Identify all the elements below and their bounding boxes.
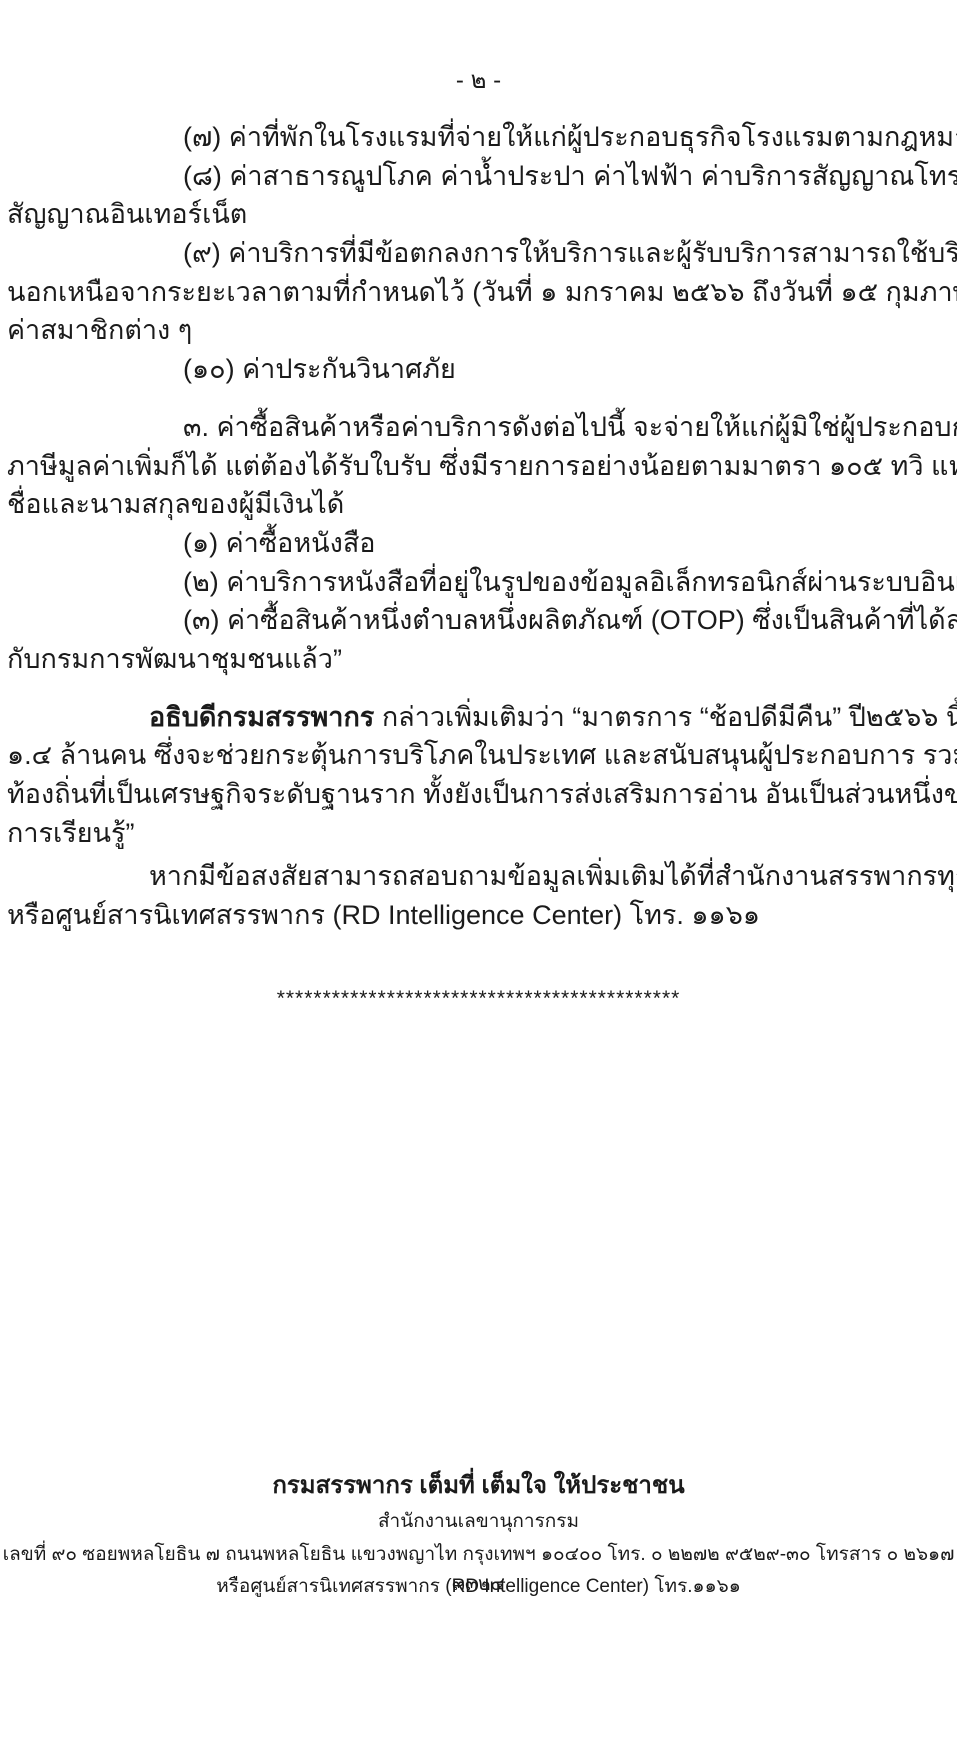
body-line: ๑.๔ ล้านคน ซึ่งจะช่วยกระตุ้นการบริโภคในป… (7, 736, 951, 775)
body-line: ภาษีมูลค่าเพิ่มก็ได้ แต่ต้องได้รับใบรับ … (7, 447, 951, 486)
document-body: (๗) ค่าที่พักในโรงแรมที่จ่ายให้แก่ผู้ประ… (0, 118, 957, 935)
body-line: สัญญาณอินเทอร์เน็ต (7, 195, 951, 234)
body-line: หากมีข้อสงสัยสามารถสอบถามข้อมูลเพิ่มเติม… (7, 857, 951, 896)
body-line: การเรียนรู้” (7, 814, 951, 853)
document-page: - ๒ - (๗) ค่าที่พักในโรงแรมที่จ่ายให้แก่… (0, 0, 957, 1754)
body-line: ชื่อและนามสกุลของผู้มีเงินได้ (7, 485, 951, 524)
body-line: หรือศูนย์สารนิเทศสรรพากร (RD Intelligenc… (7, 896, 951, 935)
body-line: (๗) ค่าที่พักในโรงแรมที่จ่ายให้แก่ผู้ประ… (7, 118, 951, 157)
footer-address: เลขที่ ๙๐ ซอยพหลโยธิน ๗ ถนนพหลโยธิน แขวง… (0, 1540, 957, 1570)
document-footer: กรมสรรพากร เต็มที่ เต็มใจ ให้ประชาชน สำน… (0, 1469, 957, 1602)
body-line: นอกเหนือจากระยะเวลาตามที่กำหนดไว้ (วันที… (7, 273, 951, 312)
footer-slogan: กรมสรรพากร เต็มที่ เต็มใจ ให้ประชาชน (0, 1469, 957, 1503)
footer-office-name: สำนักงานเลขานุการกรม (0, 1507, 957, 1537)
body-line: กับกรมการพัฒนาชุมชนแล้ว” (7, 640, 951, 679)
body-line: (๑) ค่าซื้อหนังสือ (7, 524, 951, 563)
body-line: (๓) ค่าซื้อสินค้าหนึ่งตำบลหนึ่งผลิตภัณฑ์… (7, 601, 951, 640)
body-line: อธิบดีกรมสรรพากร กล่าวเพิ่มเติมว่า “มาตร… (7, 698, 951, 737)
body-line: (๒) ค่าบริการหนังสือที่อยู่ในรูปของข้อมู… (7, 563, 951, 602)
asterisk-separator: ****************************************… (0, 979, 957, 1018)
page-number: - ๒ - (0, 0, 957, 96)
body-line: ๓. ค่าซื้อสินค้าหรือค่าบริการดังต่อไปนี้… (7, 408, 951, 447)
body-line-text: กล่าวเพิ่มเติมว่า “มาตรการ “ช้อปดีมีคืน”… (374, 702, 957, 732)
body-line: (๑๐) ค่าประกันวินาศภัย (7, 350, 951, 389)
body-line: (๙) ค่าบริการที่มีข้อตกลงการให้บริการและ… (7, 234, 951, 273)
body-line: ท้องถิ่นที่เป็นเศรษฐกิจระดับฐานราก ทั้งย… (7, 775, 951, 814)
body-line: ค่าสมาชิกต่าง ๆ (7, 311, 951, 350)
body-line-bold-lead: อธิบดีกรมสรรพากร (149, 702, 374, 732)
body-line: (๘) ค่าสาธารณูปโภค ค่าน้ำประปา ค่าไฟฟ้า … (7, 157, 951, 196)
footer-contact: หรือศูนย์สารนิเทศสรรพากร (RD Intelligenc… (0, 1572, 957, 1602)
